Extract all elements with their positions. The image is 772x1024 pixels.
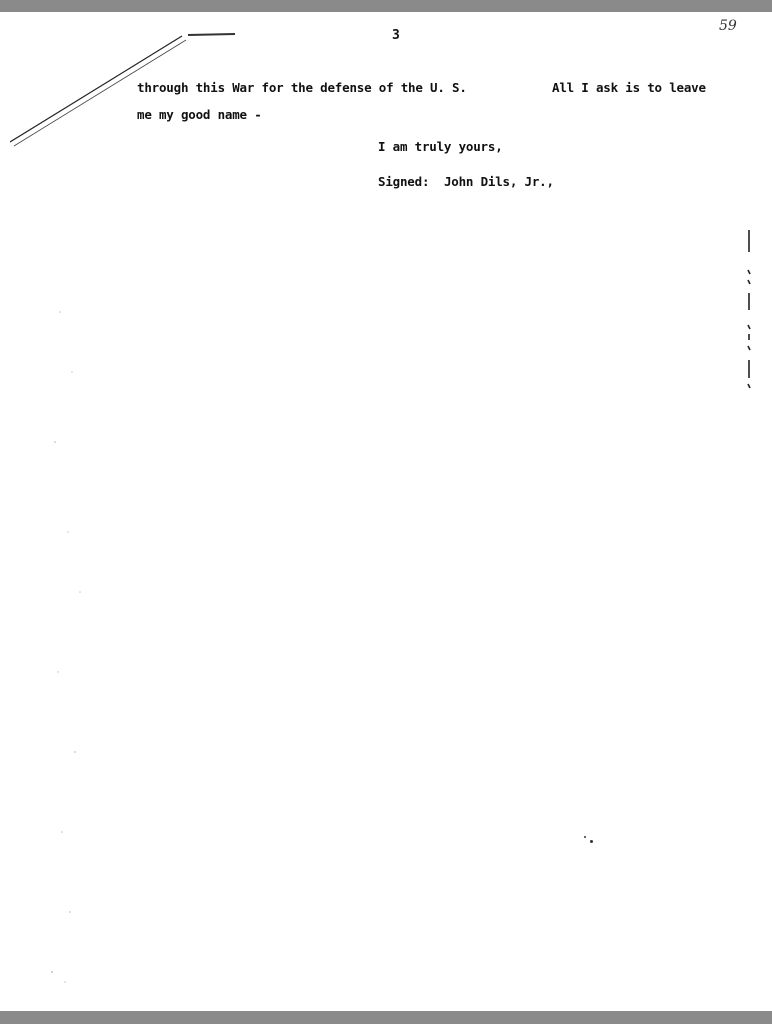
- closing-salutation: I am truly yours,: [378, 139, 503, 154]
- ink-speck: [584, 836, 586, 838]
- scan-border-bottom: [0, 1011, 772, 1024]
- ink-speck: [590, 840, 593, 843]
- page-number: 3: [392, 28, 400, 43]
- body-line-2: me my good name -: [137, 107, 262, 122]
- signature-label: Signed:: [378, 174, 429, 189]
- signature-name: John Dils, Jr.,: [444, 174, 554, 189]
- binding-edge-marks: [745, 230, 753, 390]
- scan-border-top: [0, 0, 772, 12]
- document-page: [0, 12, 772, 1011]
- body-line-1-continued: All I ask is to leave: [552, 80, 706, 95]
- scan-noise-left: [40, 112, 120, 1002]
- body-line-1: through this War for the defense of the …: [137, 80, 467, 95]
- handwritten-folio-number: 59: [719, 18, 737, 34]
- signature-line: Signed: John Dils, Jr.,: [378, 174, 554, 189]
